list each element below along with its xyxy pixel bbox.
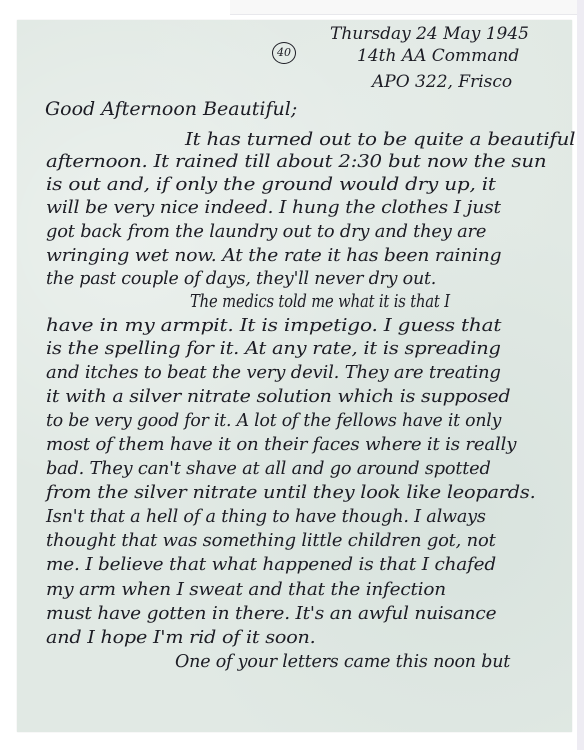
letter-line: thought that was something little childr… [46,531,496,551]
letter-line: the past couple of days, they'll never d… [46,269,436,289]
letter-line: most of them have it on their faces wher… [46,435,516,455]
letter-line: from the silver nitrate until they look … [46,483,536,503]
letter-date: Thursday 24 May 1945 [330,24,529,44]
letter-line: my arm when I sweat and that the infecti… [46,580,446,600]
letter-line: it with a silver nitrate solution which … [46,387,510,407]
letter-line: must have gotten in there. It's an awful… [46,604,496,624]
letter-unit: 14th AA Command [357,46,519,66]
letter-line: will be very nice indeed. I hung the clo… [46,198,501,218]
letter-line: have in my armpit. It is impetigo. I gue… [46,316,501,336]
letter-line: Isn't that a hell of a thing to have tho… [46,507,486,527]
letter-line: and I hope I'm rid of it soon. [46,628,316,648]
scan-backing-strip [577,0,584,750]
letter-line: bad. They can't shave at all and go arou… [46,459,491,479]
letter-line: is the spelling for it. At any rate, it … [46,339,501,359]
letter-address: APO 322, Frisco [372,72,512,92]
letter-line: and itches to beat the very devil. They … [46,363,501,383]
letter-line: It has turned out to be quite a beautifu… [185,130,575,150]
letter-line: One of your letters came this noon but [175,652,510,672]
letter-line: The medics told me what it is that I [190,292,450,312]
letter-line: afternoon. It rained till about 2:30 but… [46,152,546,172]
scan-backing-top [230,0,584,15]
page-number-circled: 40 [272,42,296,64]
letter-salutation: Good Afternoon Beautiful; [45,98,297,120]
letter-line: to be very good for it. A lot of the fel… [46,411,501,431]
letter-line: wringing wet now. At the rate it has bee… [46,246,501,266]
letter-line: got back from the laundry out to dry and… [46,222,486,242]
letter-line: is out and, if only the ground would dry… [46,175,496,195]
letter-line: me. I believe that what happened is that… [46,555,496,575]
